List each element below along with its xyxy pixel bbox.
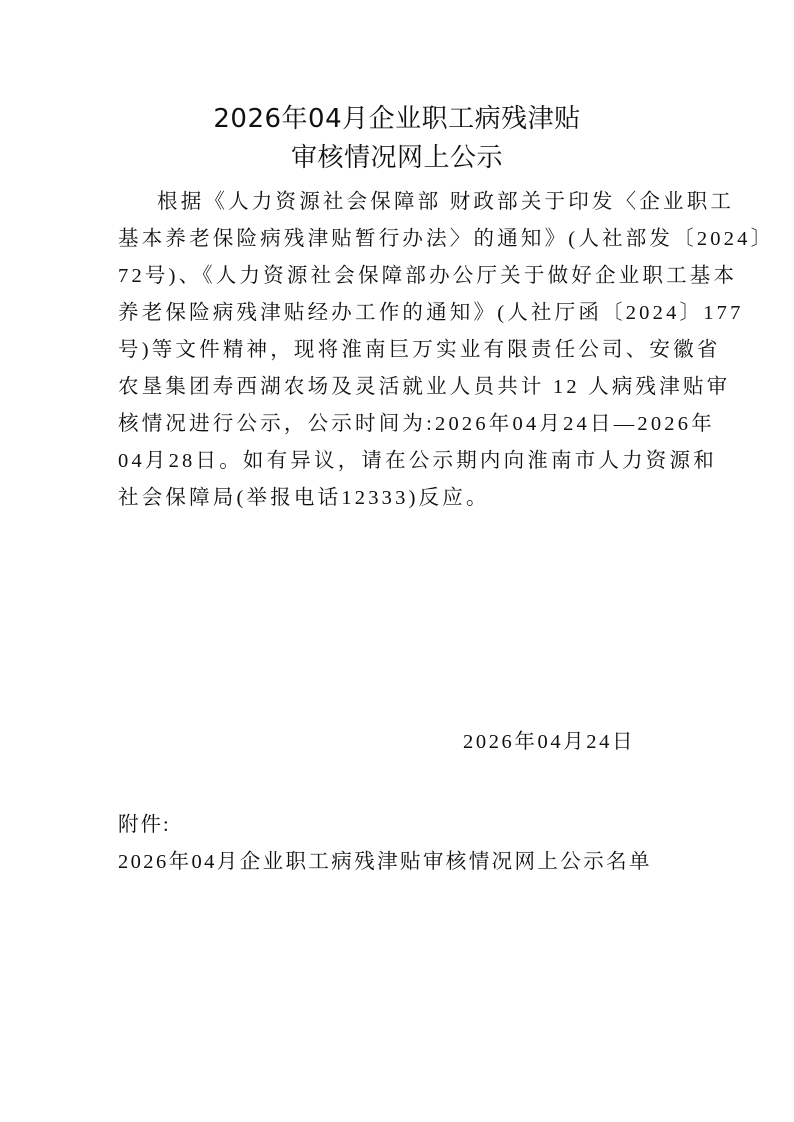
body-line-4: 养老保险病残津贴经办工作的通知》(人社厅函〔2024〕177 — [118, 300, 684, 326]
body-line-9: 社会保障局(举报电话12333)反应。 — [118, 485, 684, 511]
document-title-line-1: 2026年04月企业职工病残津贴 — [0, 103, 794, 135]
body-line-7: 核情况进行公示，公示时间为:2026年04月24日—2026年 — [118, 411, 684, 437]
document-page: 2026年04月企业职工病残津贴 审核情况网上公示 根据《人力资源社会保障部 财… — [0, 0, 794, 1122]
body-line-6: 农垦集团寿西湖农场及灵活就业人员共计 12 人病残津贴审 — [118, 374, 684, 400]
body-line-1: 根据《人力资源社会保障部 财政部关于印发〈企业职工 — [157, 189, 684, 215]
attachment-label: 附件: — [118, 812, 171, 838]
document-date: 2026年04月24日 — [463, 729, 635, 755]
body-line-8: 04月28日。如有异议，请在公示期内向淮南市人力资源和 — [118, 448, 684, 474]
body-line-2: 基本养老保险病残津贴暂行办法〉的通知》(人社部发〔2024〕 — [118, 226, 684, 252]
attachment-item: 2026年04月企业职工病残津贴审核情况网上公示名单 — [118, 849, 652, 875]
body-line-5: 号)等文件精神，现将淮南巨万实业有限责任公司、安徽省 — [118, 337, 684, 363]
body-line-3: 72号)、《人力资源社会保障部办公厅关于做好企业职工基本 — [118, 263, 684, 289]
document-title-line-2: 审核情况网上公示 — [0, 142, 794, 174]
